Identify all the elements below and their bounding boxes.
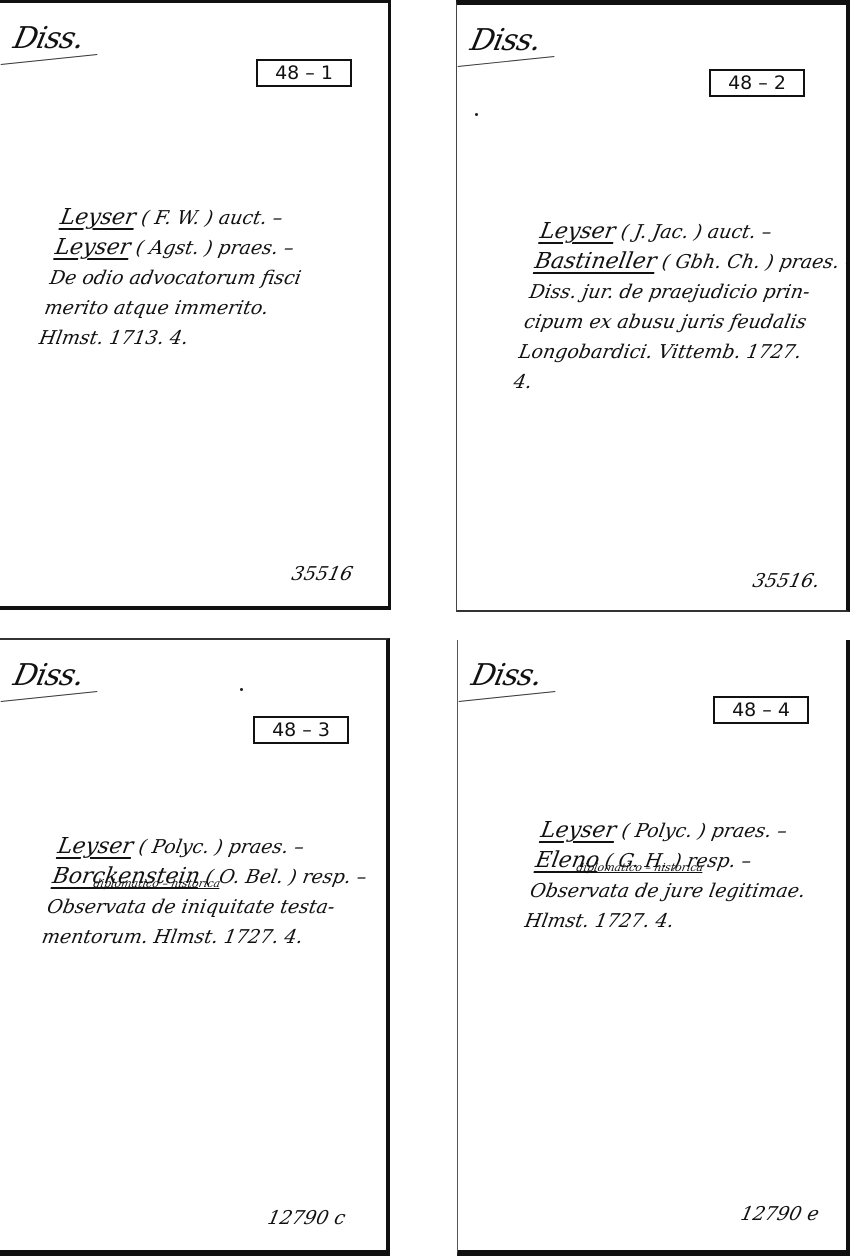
title-rest: de iniquitate testa- xyxy=(150,896,336,918)
card-header-diss: Diss. xyxy=(10,658,86,693)
catalog-card-48-2: Diss. 48 – 2 Leyser ( J. Jac. ) auct. – … xyxy=(456,0,850,612)
bibliographic-entry: Leyser ( Polyc. ) praes. – Eleno ( G. H.… xyxy=(522,816,818,936)
shelfmark-box: 48 – 4 xyxy=(713,696,809,724)
entry-line-imprint: Longobardici. Vittemb. 1727. xyxy=(516,337,841,367)
author-role: ( J. Jac. ) auct. – xyxy=(619,221,773,243)
accession-number: 35516 xyxy=(290,563,355,585)
title-start: Observata xyxy=(528,880,631,902)
praeses-role: ( Polyc. ) praes. – xyxy=(620,820,789,842)
praeses-name: Leyser xyxy=(53,235,132,260)
shelfmark-box: 48 – 3 xyxy=(253,716,349,744)
author-role: ( F. W. ) auct. – xyxy=(140,207,285,229)
entry-line-title: Diss. jur. de praejudicio prin- xyxy=(527,277,850,307)
shelfmark-box: 48 – 1 xyxy=(256,59,352,87)
praeses-role: ( Agst. ) praes. – xyxy=(134,237,295,259)
entry-line-praeses: Leyser ( Polyc. ) praes. – xyxy=(55,832,374,862)
title-rest: de jure legitimae. xyxy=(633,880,807,902)
praeses-name: Leyser xyxy=(56,834,135,859)
catalog-card-48-3: Diss. 48 – 3 Leyser ( Polyc. ) praes. – … xyxy=(0,638,390,1256)
entry-line-author: Leyser ( F. W. ) auct. – xyxy=(58,203,314,233)
title-start: Observata xyxy=(45,896,148,918)
respondent-role: ( O. Bel. ) resp. – xyxy=(204,866,369,888)
title-with-gloss: diplomatico – historica Observata xyxy=(45,892,149,922)
praeses-name: Leyser xyxy=(539,818,618,843)
bibliographic-entry: Leyser ( J. Jac. ) auct. – Bastineller (… xyxy=(511,217,850,397)
card-header-diss: Diss. xyxy=(468,658,544,693)
praeses-name: Bastineller xyxy=(533,249,659,274)
entry-line-title: diplomatico – historica Observata de jur… xyxy=(528,876,808,906)
entry-line-title: De odio advocatorum fisci xyxy=(47,263,303,293)
title-with-gloss: diplomatico – historica Observata xyxy=(528,876,632,906)
interlinear-gloss: diplomatico – historica xyxy=(92,878,221,890)
praeses-role: ( Polyc. ) praes. – xyxy=(137,836,306,858)
catalog-card-48-1: Diss. 48 – 1 Leyser ( F. W. ) auct. – Le… xyxy=(0,0,391,610)
bibliographic-entry: Leyser ( Polyc. ) praes. – Borckenstein … xyxy=(39,832,374,952)
card-header-diss: Diss. xyxy=(10,21,86,56)
shelfmark-box: 48 – 2 xyxy=(709,69,805,97)
entry-line-imprint: Hlmst. 1713. 4. xyxy=(37,323,293,353)
bibliographic-entry: Leyser ( F. W. ) auct. – Leyser ( Agst. … xyxy=(37,203,314,353)
entry-line-imprint: mentorum. Hlmst. 1727. 4. xyxy=(39,922,358,952)
entry-line-title: diplomatico – historica Observata de ini… xyxy=(45,892,364,922)
entry-line-title: cipum ex abusu juris feudalis xyxy=(522,307,847,337)
entry-line-praeses: Leyser ( Polyc. ) praes. – xyxy=(538,816,818,846)
entry-line-title: merito atque immerito. xyxy=(42,293,298,323)
card-header-diss: Diss. xyxy=(467,23,543,58)
praeses-role: ( Gbh. Ch. ) praes. – xyxy=(660,251,850,273)
scan-speck xyxy=(475,113,478,116)
accession-number: 12790 e xyxy=(739,1203,821,1225)
entry-line-author: Leyser ( J. Jac. ) auct. – xyxy=(538,217,850,247)
accession-number: 35516. xyxy=(751,570,822,592)
scan-speck xyxy=(240,688,243,691)
author-name: Leyser xyxy=(538,219,617,244)
author-name: Leyser xyxy=(58,205,137,230)
entry-line-praeses: Leyser ( Agst. ) praes. – xyxy=(53,233,309,263)
entry-line-praeses: Bastineller ( Gbh. Ch. ) praes. – xyxy=(532,247,850,277)
entry-line-format: 4. xyxy=(511,367,836,397)
accession-number: 12790 c xyxy=(266,1207,348,1229)
entry-line-imprint: Hlmst. 1727. 4. xyxy=(522,906,802,936)
interlinear-gloss: diplomatico – historica xyxy=(575,862,704,874)
catalog-card-48-4: Diss. 48 – 4 Leyser ( Polyc. ) praes. – … xyxy=(457,640,850,1256)
